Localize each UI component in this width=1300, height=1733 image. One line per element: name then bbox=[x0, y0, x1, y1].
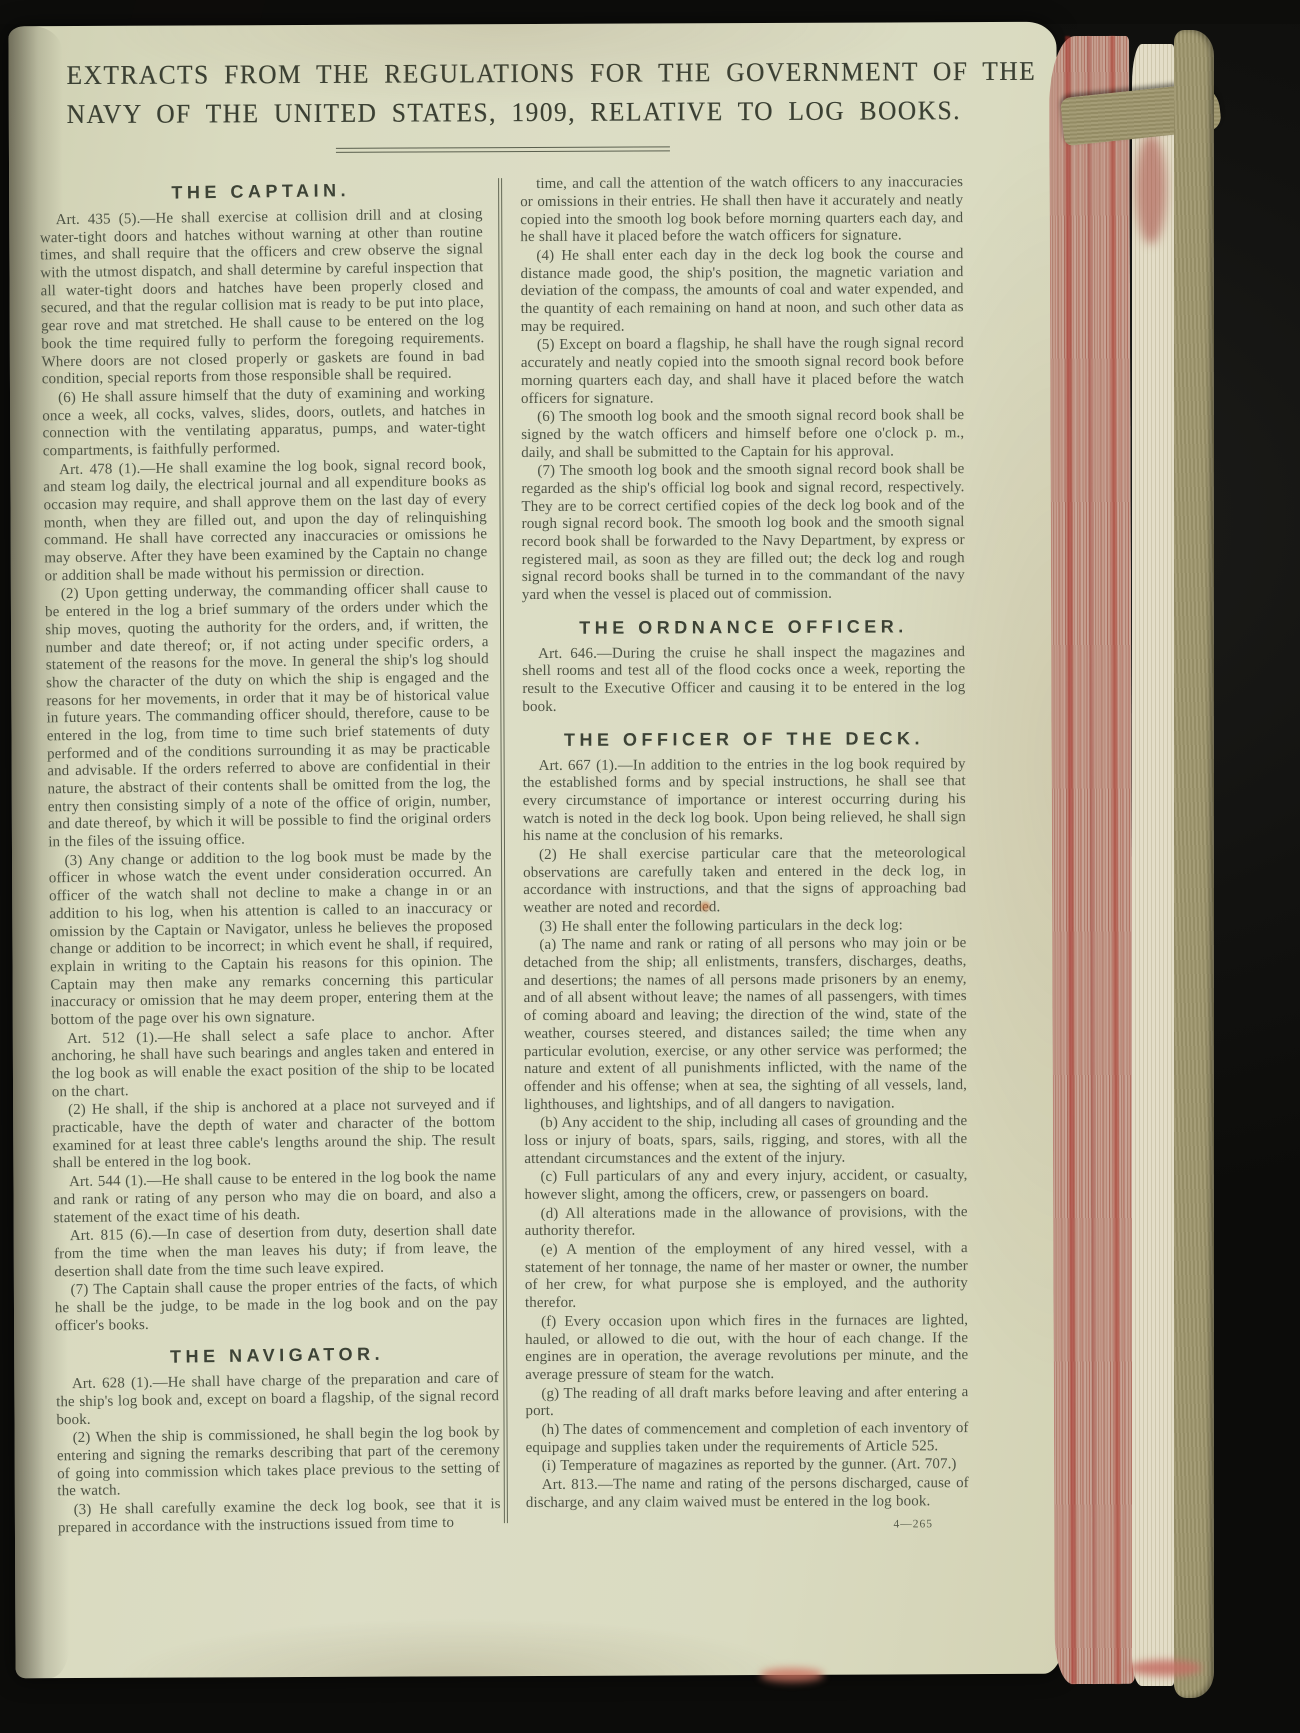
stain-dot bbox=[700, 902, 710, 911]
page-content: EXTRACTS FROM THE REGULATIONS FOR THE GO… bbox=[39, 52, 973, 1535]
paragraph: Art. 478 (1).—He shall examine the log b… bbox=[43, 456, 488, 586]
paragraph: (f) Every occasion upon which fires in t… bbox=[525, 1312, 968, 1385]
paragraph: (2) He shall exercise particular care th… bbox=[523, 845, 966, 918]
paragraph: (5) Except on board a flagship, he shall… bbox=[521, 336, 964, 409]
book-cover-edge bbox=[1174, 30, 1214, 1698]
paragraph: (3) He shall carefully examine the deck … bbox=[58, 1497, 501, 1539]
title-divider-rule bbox=[336, 147, 670, 153]
page-number-mark: 4—265 bbox=[526, 1519, 969, 1533]
paragraph: Art. 667 (1).—In addition to the entries… bbox=[523, 756, 966, 846]
red-marbling-streak bbox=[1109, 36, 1121, 1684]
paragraph: (3) Any change or addition to the log bo… bbox=[48, 847, 493, 1030]
paragraph: (3) He shall enter the following particu… bbox=[523, 917, 966, 937]
section-heading: THE CAPTAIN. bbox=[39, 179, 482, 206]
right-column: time, and call the attention of the watc… bbox=[520, 174, 969, 1532]
paragraph: (7) The smooth log book and the smooth s… bbox=[521, 461, 965, 604]
paragraph: time, and call the attention of the watc… bbox=[520, 174, 963, 247]
paragraph: Art. 646.—During the cruise he shall ins… bbox=[522, 644, 965, 717]
pink-smudge bbox=[760, 1668, 824, 1682]
section-heading: THE NAVIGATOR. bbox=[55, 1343, 498, 1370]
paragraph: (e) A mention of the employment of any h… bbox=[525, 1240, 968, 1313]
paragraph: (d) All alterations made in the allowanc… bbox=[525, 1204, 968, 1241]
paragraph: (h) The dates of commencement and comple… bbox=[525, 1420, 968, 1457]
paragraph: (a) The name and rank or rating of all p… bbox=[523, 936, 967, 1115]
page-title: EXTRACTS FROM THE REGULATIONS FOR THE GO… bbox=[39, 52, 967, 134]
paragraph: (g) The reading of all draft marks befor… bbox=[525, 1384, 968, 1421]
paragraph: Art. 435 (5).—He shall exercise at colli… bbox=[40, 207, 485, 390]
paragraph: Art. 628 (1).—He shall have charge of th… bbox=[56, 1371, 500, 1430]
paragraph: (2) When the ship is commissioned, he sh… bbox=[57, 1425, 501, 1502]
paragraph: (7) The Captain shall cause the proper e… bbox=[54, 1277, 498, 1336]
book-page: EXTRACTS FROM THE REGULATIONS FOR THE GO… bbox=[8, 22, 1063, 1679]
paragraph: (c) Full particulars of any and every in… bbox=[524, 1167, 967, 1204]
paragraph: (2) Upon getting underway, the commandin… bbox=[45, 581, 492, 852]
paragraph: (6) The smooth log book and the smooth s… bbox=[521, 407, 964, 462]
title-line-1: EXTRACTS FROM THE REGULATIONS FOR THE GO… bbox=[66, 52, 938, 95]
book-fore-edge-pages bbox=[1049, 36, 1135, 1684]
paragraph: Art. 512 (1).—He shall select a safe pla… bbox=[51, 1025, 495, 1102]
two-column-text: THE CAPTAIN.Art. 435 (5).—He shall exerc… bbox=[39, 174, 973, 1535]
paragraph: Art. 544 (1).—He shall cause to be enter… bbox=[53, 1169, 497, 1228]
left-column: THE CAPTAIN.Art. 435 (5).—He shall exerc… bbox=[39, 177, 501, 1540]
paragraph: (i) Temperature of magazines as reported… bbox=[526, 1456, 969, 1476]
paragraph: Art. 813.—The name and rating of the per… bbox=[526, 1475, 969, 1512]
red-marbling-streak bbox=[1087, 36, 1096, 1684]
pink-smudge bbox=[1128, 1660, 1202, 1676]
column-divider bbox=[498, 178, 508, 1523]
paragraph: Art. 815 (6).—In case of desertion from … bbox=[54, 1223, 498, 1282]
paragraph: (2) He shall, if the ship is anchored at… bbox=[52, 1097, 496, 1174]
paragraph: (6) He shall assure himself that the dut… bbox=[42, 384, 486, 461]
section-heading: THE OFFICER OF THE DECK. bbox=[522, 728, 965, 751]
red-ink-blot bbox=[1136, 134, 1166, 244]
paragraph: (4) He shall enter each day in the deck … bbox=[520, 246, 963, 336]
book-page-edges-light bbox=[1132, 44, 1174, 1686]
section-heading: THE ORDNANCE OFFICER. bbox=[522, 616, 965, 639]
red-marbling-streak bbox=[1065, 36, 1076, 1684]
paragraph: (b) Any accident to the ship, including … bbox=[524, 1113, 967, 1168]
title-line-2: NAVY OF THE UNITED STATES, 1909, RELATIV… bbox=[67, 91, 939, 134]
